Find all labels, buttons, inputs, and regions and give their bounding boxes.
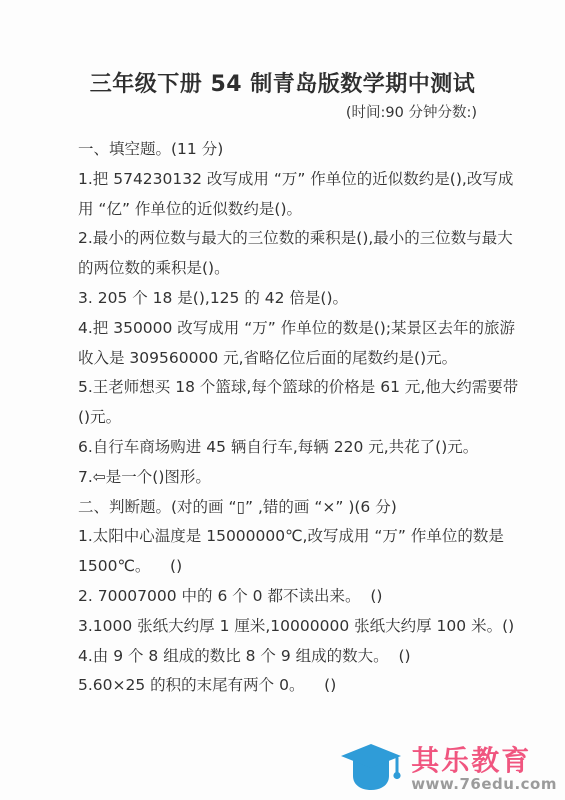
question-line: 6.自行车商场购进 45 辆自行车,每辆 220 元,共花了()元。	[78, 433, 529, 463]
graduation-cap-icon	[340, 743, 404, 795]
question-line: 4.把 350000 改写成用 “万” 作单位的数是();某景区去年的旅游	[78, 314, 529, 344]
section-heading: 二、判断题。(对的画 “▯” ,错的画 “×” )(6 分)	[78, 493, 529, 523]
section-heading: 一、填空题。(11 分)	[78, 135, 529, 165]
question-line: 3.1000 张纸大约厚 1 厘米,10000000 张纸大约厚 100 米。(…	[78, 612, 529, 642]
question-line: 5.60×25 的积的末尾有两个 0。 ()	[78, 671, 529, 701]
time-score-note: (时间:90 分钟分数:)	[0, 103, 565, 123]
cap-tassel-end	[394, 772, 401, 779]
question-line: 2. 70007000 中的 6 个 0 都不读出来。 ()	[78, 582, 529, 612]
question-line: 的两位数的乘积是()。	[78, 254, 529, 284]
document-body: 一、填空题。(11 分) 1.把 574230132 改写成用 “万” 作单位的…	[0, 135, 565, 701]
question-line: 收入是 309560000 元,省略亿位后面的尾数约是()元。	[78, 344, 529, 374]
question-line: 3. 205 个 18 是(),125 的 42 倍是()。	[78, 284, 529, 314]
question-line: 5.王老师想买 18 个篮球,每个篮球的价格是 61 元,他大约需要带	[78, 373, 529, 403]
question-line: ()元。	[78, 403, 529, 433]
brand-name: 其乐教育	[411, 746, 531, 776]
question-line: 4.由 9 个 8 组成的数比 8 个 9 组成的数大。 ()	[78, 642, 529, 672]
test-paper-page: 三年级下册 54 制青岛版数学期中测试 (时间:90 分钟分数:) 一、填空题。…	[0, 0, 565, 800]
cap-board	[341, 744, 401, 768]
question-line: 1.太阳中心温度是 15000000℃,改写成用 “万” 作单位的数是	[78, 522, 529, 552]
watermark-text: 其乐教育 www.76edu.com	[411, 746, 557, 793]
site-watermark: 其乐教育 www.76edu.com	[340, 743, 557, 795]
question-line: 用 “亿” 作单位的近似数约是()。	[78, 195, 529, 225]
question-line: 1.把 574230132 改写成用 “万” 作单位的近似数约是(),改写成	[78, 165, 529, 195]
page-title: 三年级下册 54 制青岛版数学期中测试	[0, 0, 565, 98]
question-line: 7.⇦是一个()图形。	[78, 463, 529, 493]
question-line: 2.最小的两位数与最大的三位数的乘积是(),最小的三位数与最大	[78, 224, 529, 254]
question-line: 1500℃。 ()	[78, 552, 529, 582]
brand-url: www.76edu.com	[411, 776, 557, 793]
